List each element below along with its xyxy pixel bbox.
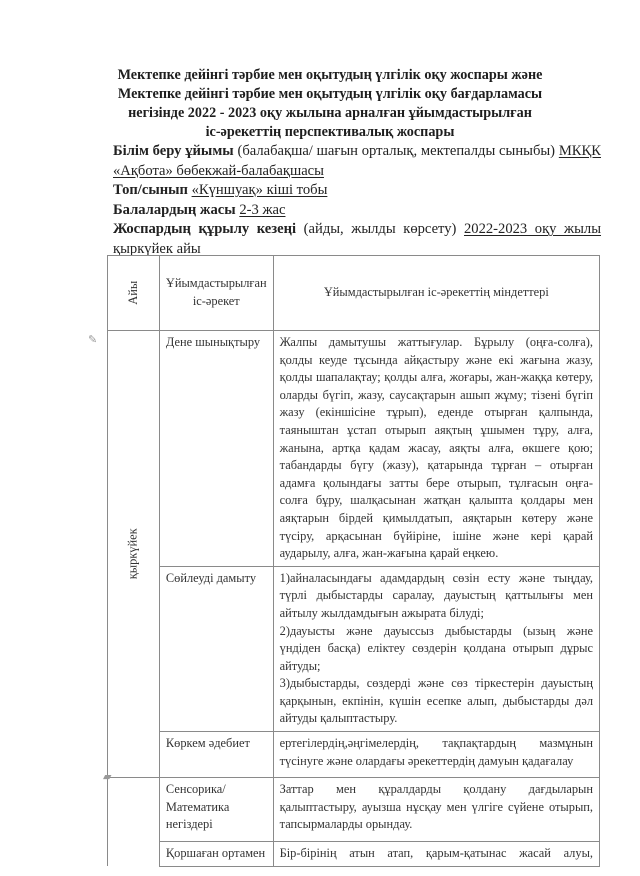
- month-cell: [108, 778, 160, 867]
- document-page: Мектепке дейінгі тәрбие мен оқытудың үлг…: [0, 0, 640, 876]
- group-label: Топ/сынып: [113, 182, 188, 198]
- activity-cell: Сөйлеуді дамыту: [159, 566, 273, 731]
- table-row: Сөйлеуді дамыту 1)айналасындағы адамдард…: [108, 566, 600, 731]
- age-line: Балалардың жасы 2-3 жас: [113, 201, 601, 221]
- table-row: Сенсорика/ Математика негіздері Заттар м…: [108, 778, 600, 842]
- org-hint: (балабақша/ шағын орталық, мектепалды сы…: [237, 143, 555, 159]
- month-cell: қыркүйек: [108, 331, 160, 778]
- document-title: Мектепке дейінгі тәрбие мен оқытудың үлг…: [100, 66, 560, 142]
- period-line: Жоспардың құрылу кезеңі (айды, жылды көр…: [113, 220, 601, 240]
- tasks-cell: 1)айналасындағы адамдардың сөзін есту жә…: [273, 566, 599, 731]
- document-meta: Білім беру ұйымы (балабақша/ шағын ортал…: [113, 142, 601, 260]
- title-line: іс-әрекеттің перспективалық жоспары: [100, 123, 560, 142]
- plan-table: Айы Ұйымдастырылған іс-әрекет Ұйымдастыр…: [107, 255, 600, 867]
- header-activity: Ұйымдастырылған іс-әрекет: [159, 256, 273, 331]
- tasks-cell: Бір-бірінің атын атап, қарым-қатынас жас…: [273, 842, 599, 867]
- age-value: 2-3 жас: [239, 202, 285, 218]
- tasks-cell: Заттар мен құралдарды қолдану дағдыларын…: [273, 778, 599, 842]
- header-tasks: Ұйымдастырылған іс-әрекеттің міндеттері: [273, 256, 599, 331]
- title-line: Мектепке дейінгі тәрбие мен оқытудың үлг…: [100, 85, 560, 104]
- table-header-row: Айы Ұйымдастырылған іс-әрекет Ұйымдастыр…: [108, 256, 600, 331]
- table-row: Қоршаған ортамен Бір-бірінің атын атап, …: [108, 842, 600, 867]
- activity-cell: Қоршаған ортамен: [159, 842, 273, 867]
- period-label: Жоспардың құрылу кезеңі: [113, 221, 296, 237]
- org-label: Білім беру ұйымы: [113, 143, 234, 159]
- table-row: Көркем әдебиет ертегілердің,әңгімелердің…: [108, 732, 600, 778]
- period-hint: (айды, жылды көрсету): [304, 221, 457, 237]
- scan-mark: ▰: [103, 770, 111, 783]
- org-value-cont: «Ақбота» бөбекжай-балабақшасы: [113, 163, 324, 179]
- scan-mark: ✎: [88, 333, 97, 346]
- activity-cell: Дене шынықтыру: [159, 331, 273, 567]
- tasks-cell: ертегілердің,әңгімелердің, тақпақтардың …: [273, 732, 599, 778]
- org-value: МКҚК: [559, 143, 601, 159]
- title-line: негізінде 2022 - 2023 оқу жылына арналға…: [100, 104, 560, 123]
- title-line: Мектепке дейінгі тәрбие мен оқытудың үлг…: [100, 66, 560, 85]
- activity-cell: Сенсорика/ Математика негіздері: [159, 778, 273, 842]
- table-row: қыркүйек Дене шынықтыру Жалпы дамытушы ж…: [108, 331, 600, 567]
- group-line: Топ/сынып «Күншуақ» кіші тобы: [113, 181, 601, 201]
- activity-cell: Көркем әдебиет: [159, 732, 273, 778]
- group-value: «Күншуақ» кіші тобы: [192, 182, 328, 198]
- org-line: Білім беру ұйымы (балабақша/ шағын ортал…: [113, 142, 601, 162]
- header-month: Айы: [108, 256, 160, 331]
- age-label: Балалардың жасы: [113, 202, 236, 218]
- tasks-cell: Жалпы дамытушы жаттығулар. Бұрылу (оңға-…: [273, 331, 599, 567]
- period-value: 2022-2023 оқу жылы: [464, 221, 601, 237]
